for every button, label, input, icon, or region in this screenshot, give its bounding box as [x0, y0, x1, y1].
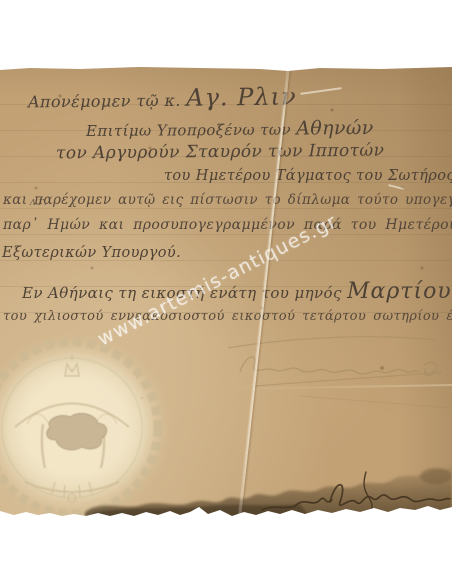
photo-frame: Απονέμομεν τῷ κ. Αγ. Ρλιν Επιτίμω Υποπρο…	[0, 0, 452, 584]
document-paper: Απονέμομεν τῷ κ. Αγ. Ρλιν Επιτίμω Υποπρο…	[0, 66, 452, 518]
minister-signature-lead	[262, 498, 332, 510]
minister-signature-loop	[364, 472, 372, 514]
minister-signature-scrawl	[330, 485, 450, 506]
